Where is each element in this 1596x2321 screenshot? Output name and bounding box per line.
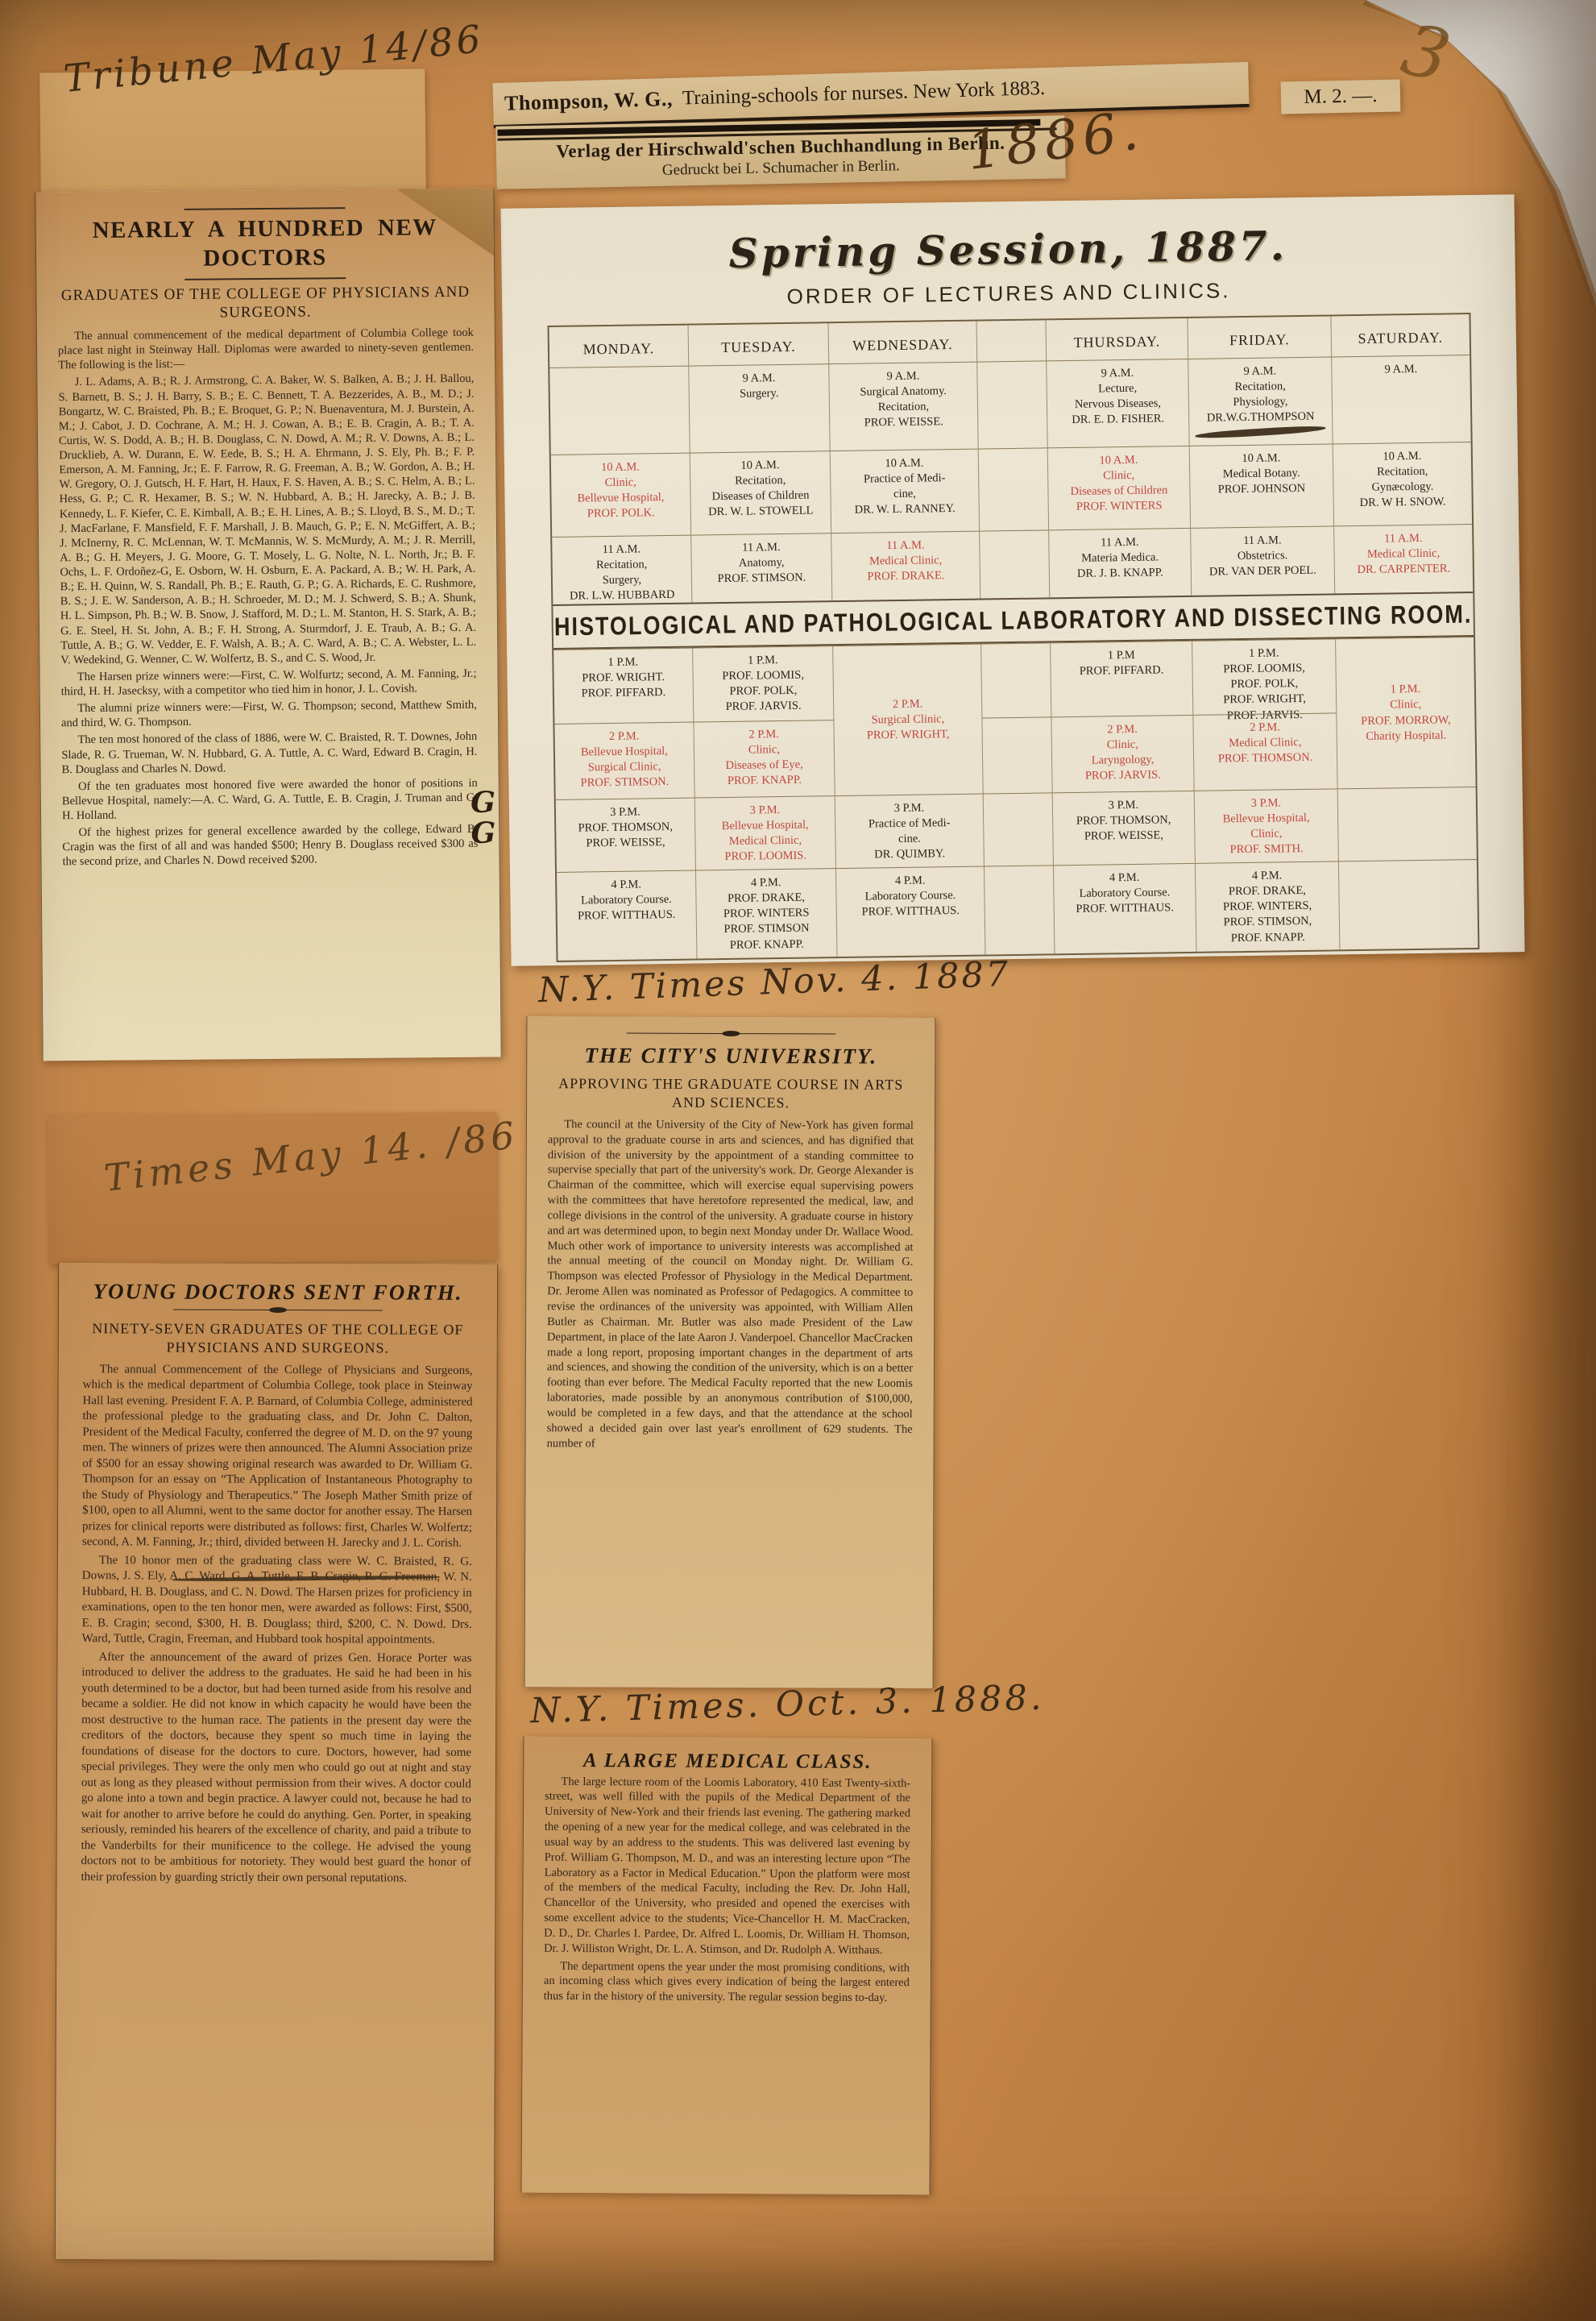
thompson-title: Training-schools for nurses. New York 18…: [682, 77, 1046, 110]
article-a-large-medical-class: A LARGE MEDICAL CLASS. The large lecture…: [521, 1737, 933, 2195]
page-number-handwritten: 3: [1394, 7, 1457, 98]
day-header-saturday: SATURDAY.: [1330, 314, 1470, 356]
article2-headline: YOUNG DOCTORS SENT FORTH.: [83, 1277, 473, 1307]
gap-column: [984, 865, 1055, 954]
ornament-divider: [173, 1310, 383, 1316]
article1-subhead: GRADUATES OF THE COLLEGE OF PHYSICIANS A…: [57, 282, 473, 324]
schedule-subtitle: ORDER OF LECTURES AND CLINICS.: [502, 274, 1515, 313]
day-header-friday: FRIDAY.: [1187, 316, 1331, 358]
cell-fri-2pm: 2 P.M. Medical Clinic, PROF. THOMSON.: [1192, 712, 1337, 790]
article4-paragraph: The department opens the year under the …: [544, 1958, 910, 2006]
schedule-table: MONDAY. TUESDAY. WEDNESDAY. THURSDAY. FR…: [548, 313, 1480, 962]
cell-sat-9am: 9 A.M.: [1331, 355, 1470, 443]
day-header-thursday: THURSDAY.: [1045, 318, 1188, 360]
cell-fri-4pm: 4 P.M. PROF. DRAKE, PROF. WINTERS, PROF.…: [1195, 861, 1340, 951]
ink-mark-G: G: [471, 816, 495, 852]
cell-mon-1pm: 1 P.M. PROF. WRIGHT. PROF. PIFFARD.: [553, 648, 693, 724]
laboratory-section-heading-text: HISTOLOGICAL AND PATHOLOGICAL LABORATORY…: [554, 600, 1473, 641]
article1-paragraph: Of the highest prizes for general excell…: [62, 822, 478, 870]
cell-sat-11am: 11 A.M. Medical Clinic, DR. CARPENTER.: [1333, 524, 1473, 593]
day-header-wednesday: WEDNESDAY.: [828, 322, 977, 364]
cell-thu-10am: 10 A.M. Clinic, Diseases of Children PRO…: [1047, 446, 1190, 529]
cell-tue-1pm: 1 P.M. PROF. LOOMIS, PROF. POLK, PROF. J…: [692, 646, 833, 721]
ornament-divider: [626, 1033, 835, 1040]
schedule-title: Spring Session, 1887.: [501, 218, 1515, 280]
article3-headline: THE CITY'S UNIVERSITY.: [548, 1041, 914, 1071]
cell-tue-11am: 11 A.M. Anatomy, PROF. STIMSON.: [690, 533, 831, 602]
article1-name-list: J. L. Adams, A. B.; R. J. Armstrong, C. …: [58, 372, 476, 667]
cell-thu-11am: 11 A.M. Materia Medica. DR. J. B. KNAPP.: [1048, 528, 1191, 597]
cell-wed-4pm: 4 P.M. Laboratory Course. PROF. WITTHAUS…: [835, 866, 985, 957]
gap-column: [979, 529, 1049, 598]
article2-paragraph: The 10 honor men of the graduating class…: [81, 1553, 471, 1649]
day-header-monday: MONDAY.: [549, 326, 689, 367]
headline-rule: [184, 207, 345, 210]
article3-paragraph: The council at the University of the Cit…: [547, 1117, 914, 1452]
cell-sat-4pm: [1338, 859, 1478, 949]
day-header-tuesday: TUESDAY.: [688, 323, 829, 365]
article4-paragraph: The large lecture room of the Loomis Lab…: [544, 1774, 910, 1958]
article2-paragraph: The annual Commencement of the College o…: [82, 1362, 473, 1552]
cell-wed-9am: 9 A.M. Surgical Anatomy. Recitation, PRO…: [828, 362, 977, 451]
cell-mon-9am: [549, 366, 689, 455]
cell-sat-10am: 10 A.M. Recitation, Gynæcology. DR. W H.…: [1333, 442, 1472, 525]
cell-tue-2pm: 2 P.M. Clinic, Diseases of Eye, PROF. KN…: [693, 720, 834, 797]
cell-fri-10am: 10 A.M. Medical Botany. PROF. JOHNSON: [1189, 443, 1333, 527]
cell-fri-3pm: 3 P.M. Bellevue Hospital, Clinic, PROF. …: [1194, 788, 1338, 862]
cell-mon-4pm: 4 P.M. Laboratory Course. PROF. WITTHAUS…: [557, 870, 697, 961]
cell-sat-1-2pm: 1 P.M. Clinic, PROF. MORROW, Charity Hos…: [1335, 637, 1476, 788]
gap-column: [981, 716, 1051, 793]
cell-tue-9am: 9 A.M. Surgery.: [688, 363, 829, 452]
headline-rule: [184, 277, 346, 280]
cell-mon-2pm: 2 P.M. Bellevue Hospital, Surgical Clini…: [554, 722, 694, 799]
cell-wed-11am: 11 A.M. Medical Clinic, PROF. DRAKE.: [831, 531, 980, 601]
cell-wed-1-2pm: 2 P.M. Surgical Clinic, PROF. WRIGHT,: [832, 644, 983, 796]
article1-paragraph: The Harsen prize winners were:—First, C.…: [60, 666, 476, 700]
article4-headline: A LARGE MEDICAL CLASS.: [545, 1748, 910, 1776]
cell-tue-10am: 10 A.M. Recitation, Diseases of Children…: [690, 450, 831, 534]
cell-wed-10am: 10 A.M. Practice of Medi- cine, DR. W. L…: [830, 449, 979, 534]
gap-column: [978, 447, 1048, 530]
cell-mon-3pm: 3 P.M. PROF. THOMSON, PROF. WEISSE,: [556, 798, 695, 872]
gap-column: [976, 360, 1047, 448]
cell-thu-1pm: 1 P.M PROF. PIFFARD.: [1050, 641, 1192, 716]
scrapbook-page: 3 Tribune May 14/86 Thompson, W. G., Tra…: [0, 0, 1596, 2321]
cell-tue-3pm: 3 P.M. Bellevue Hospital, Medical Clinic…: [694, 795, 835, 870]
cell-fri-1pm: 1 P.M. PROF. LOOMIS, PROF. POLK, PROF. W…: [1192, 638, 1336, 714]
article-nearly-a-hundred-new-doctors: NEARLY A HUNDRED NEW DOCTORS GRADUATES O…: [35, 189, 501, 1061]
article1-paragraph: Of the ten graduates most honored five w…: [62, 775, 478, 823]
cell-sat-3pm: [1337, 787, 1477, 861]
article1-paragraph: The annual commencement of the medical d…: [58, 326, 474, 373]
cell-mon-11am: 11 A.M. Recitation, Surgery, DR. L.W. HU…: [552, 535, 691, 604]
article1-paragraph: The ten most honored of the class of 188…: [61, 729, 477, 777]
article3-subhead: APPROVING THE GRADUATE COURSE IN ARTS AN…: [548, 1074, 914, 1113]
gap-column: [983, 792, 1053, 866]
schedule-clipping: Spring Session, 1887. ORDER OF LECTURES …: [500, 194, 1524, 965]
cell-thu-4pm: 4 P.M. Laboratory Course. PROF. WITTHAUS…: [1053, 863, 1196, 953]
article2-paragraph: After the announcement of the award of p…: [81, 1650, 471, 1887]
cell-thu-2pm: 2 P.M. Clinic, Laryngology, PROF. JARVIS…: [1051, 715, 1193, 792]
gap-column: [980, 642, 1051, 717]
price-strip: M. 2. —.: [1281, 79, 1401, 114]
cell-fri-11am: 11 A.M. Obstetrics. DR. VAN DER POEL.: [1190, 525, 1334, 595]
article1-headline: NEARLY A HUNDRED NEW DOCTORS: [57, 213, 474, 275]
cell-thu-3pm: 3 P.M. PROF. THOMSON, PROF. WEISSE,: [1052, 791, 1195, 865]
article-young-doctors-sent-forth: YOUNG DOCTORS SENT FORTH. NINETY-SEVEN G…: [55, 1263, 498, 2261]
thompson-author: Thompson, W. G.,: [504, 87, 674, 116]
cell-mon-10am: 10 A.M. Clinic, Bellevue Hospital, PROF.…: [551, 453, 690, 537]
gap-column: [976, 320, 1047, 361]
article2-subhead: NINETY-SEVEN GRADUATES OF THE COLLEGE OF…: [83, 1319, 473, 1358]
cell-thu-9am: 9 A.M. Lecture, Nervous Diseases, DR. E.…: [1046, 359, 1188, 447]
article1-paragraph: The alumni prize winners were:—First, W.…: [61, 698, 477, 731]
cell-tue-4pm: 4 P.M. PROF. DRAKE, PROF. WINTERS PROF. …: [695, 868, 837, 958]
article-the-citys-university: THE CITY'S UNIVERSITY. APPROVING THE GRA…: [524, 1016, 936, 1688]
cell-wed-3pm: 3 P.M. Practice of Medi- cine. DR. QUIMB…: [835, 794, 984, 869]
